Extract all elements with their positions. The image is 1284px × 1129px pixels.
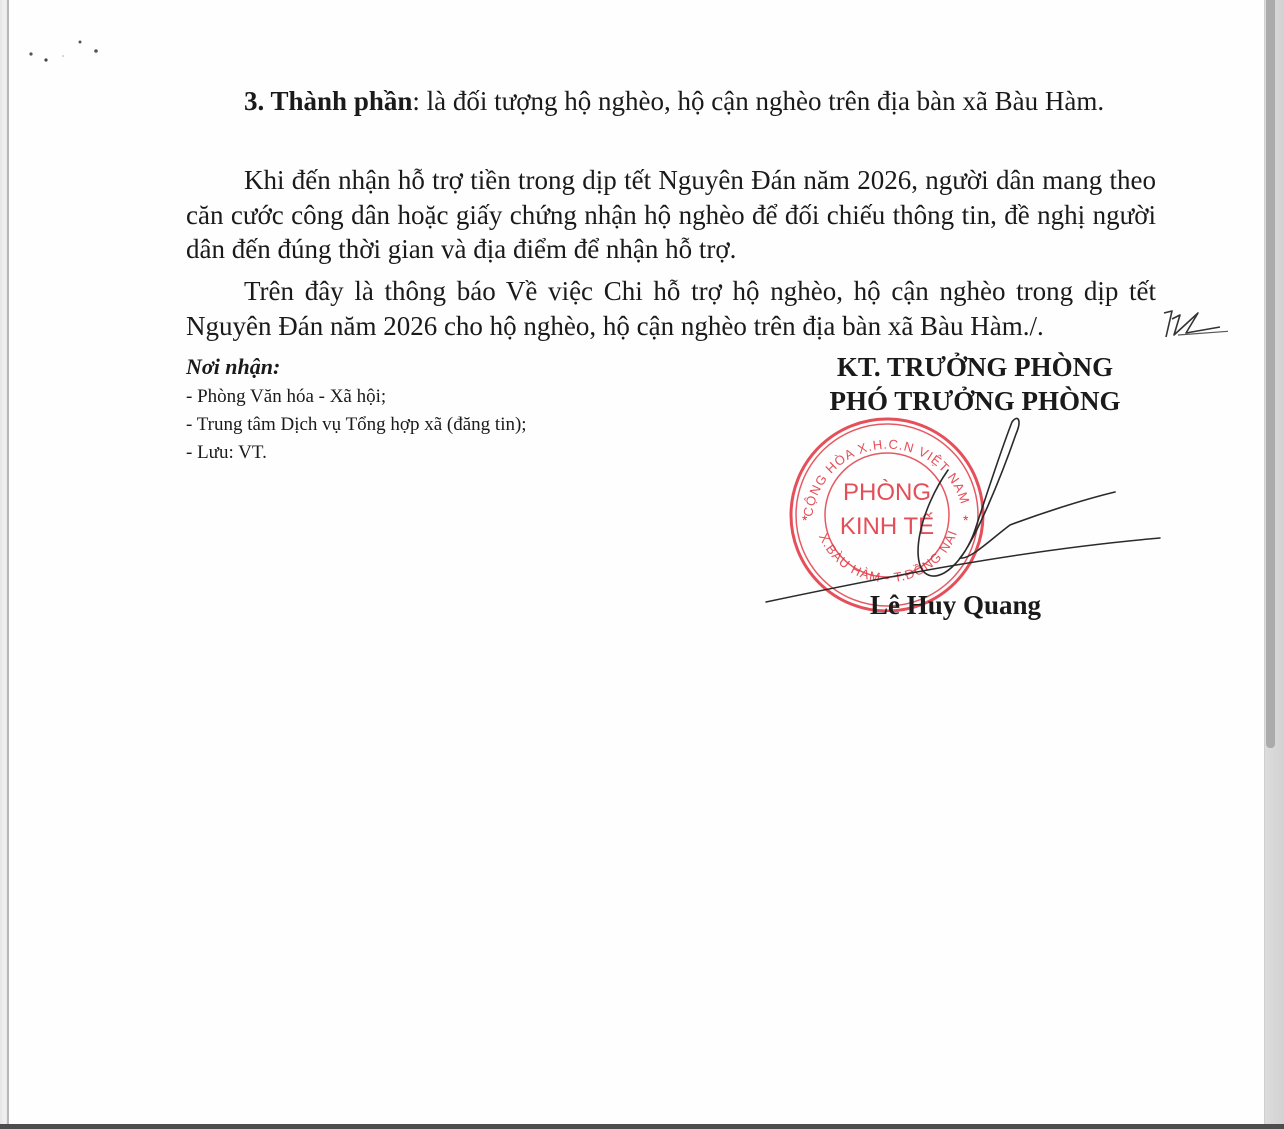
instructions-text: Khi đến nhận hỗ trợ tiền trong dịp tết N…: [186, 165, 1156, 264]
viewer-left-edge: [0, 0, 9, 1124]
closing-paragraph: Trên đây là thông báo Về việc Chi hỗ trợ…: [186, 274, 1156, 343]
recipients-title: Nơi nhận:: [186, 351, 686, 383]
viewer-bottom-bar: [0, 1124, 1284, 1129]
initials-paraph-icon: [1158, 305, 1228, 345]
recipient-item: - Lưu: VT.: [186, 439, 686, 467]
section-3-text: : là đối tượng hộ nghèo, hộ cận nghèo tr…: [412, 86, 1104, 116]
scan-specks: [28, 38, 108, 68]
signer-name: Lê Huy Quang: [870, 588, 1041, 622]
instructions-paragraph: Khi đến nhận hỗ trợ tiền trong dịp tết N…: [186, 163, 1156, 267]
signer-block: KT. TRƯỞNG PHÒNG PHÓ TRƯỞNG PHÒNG: [790, 350, 1160, 418]
scrollbar-thumb[interactable]: [1266, 0, 1275, 748]
recipients-block: Nơi nhận: - Phòng Văn hóa - Xã hội; - Tr…: [186, 351, 686, 467]
handwritten-signature-icon: [760, 410, 1180, 610]
section-3-label: 3. Thành phần: [244, 86, 412, 116]
recipient-item: - Trung tâm Dịch vụ Tổng hợp xã (đăng ti…: [186, 411, 686, 439]
recipients-list: - Phòng Văn hóa - Xã hội; - Trung tâm Dị…: [186, 383, 686, 467]
recipient-item: - Phòng Văn hóa - Xã hội;: [186, 383, 686, 411]
closing-text: Trên đây là thông báo Về việc Chi hỗ trợ…: [186, 276, 1156, 341]
signer-on-behalf: KT. TRƯỞNG PHÒNG: [790, 350, 1160, 384]
section-3-paragraph: 3. Thành phần: là đối tượng hộ nghèo, hộ…: [186, 84, 1156, 119]
